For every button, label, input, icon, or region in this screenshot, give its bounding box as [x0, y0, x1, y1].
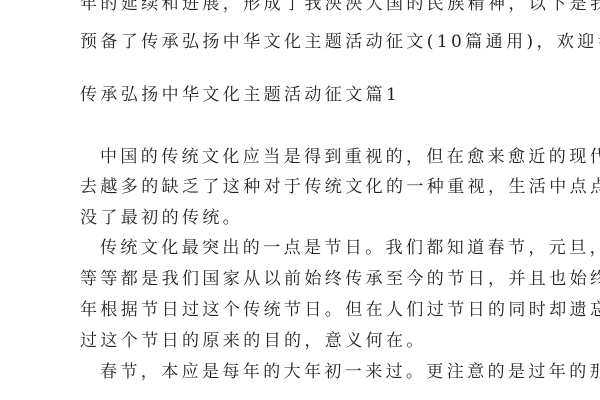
intro-line: 年的延续和进展，形成了我泱泱大国的民族精神，以下是我为大家 [80, 0, 600, 14]
section-heading: 传承弘扬中华文化主题活动征文篇1 [80, 85, 400, 105]
intro-line: 预备了传承弘扬中华文化主题活动征文(10篇通用)，欢迎参阅。 [80, 32, 600, 52]
paragraph-line: 去越多的缺乏了这种对于传统文化的一种重视，生活中点点滴滴也 [80, 177, 600, 197]
paragraph-line: 中国的传统文化应当是得到重视的，但在愈来愈近的现代生活中 [100, 147, 600, 167]
paragraph-line: 等等都是我们国家从以前始终传承至今的节日，并且也始终都是每 [80, 269, 600, 289]
paragraph-line: 传统文化最突出的一点是节日。我们都知道春节，元旦，端午节 [100, 238, 600, 258]
paragraph-line: 春节，本应是每年的大年初一来过。更注意的是过年的那一份亲 [100, 362, 600, 382]
paragraph-line: 年根据节日过这个传统节日。但在人们过节日的同时却遗忘了自己 [80, 300, 600, 320]
paragraph-line: 过这个节日的原来的目的，意义何在。 [80, 331, 427, 351]
paragraph-line: 没了最初的传统。 [80, 208, 243, 228]
